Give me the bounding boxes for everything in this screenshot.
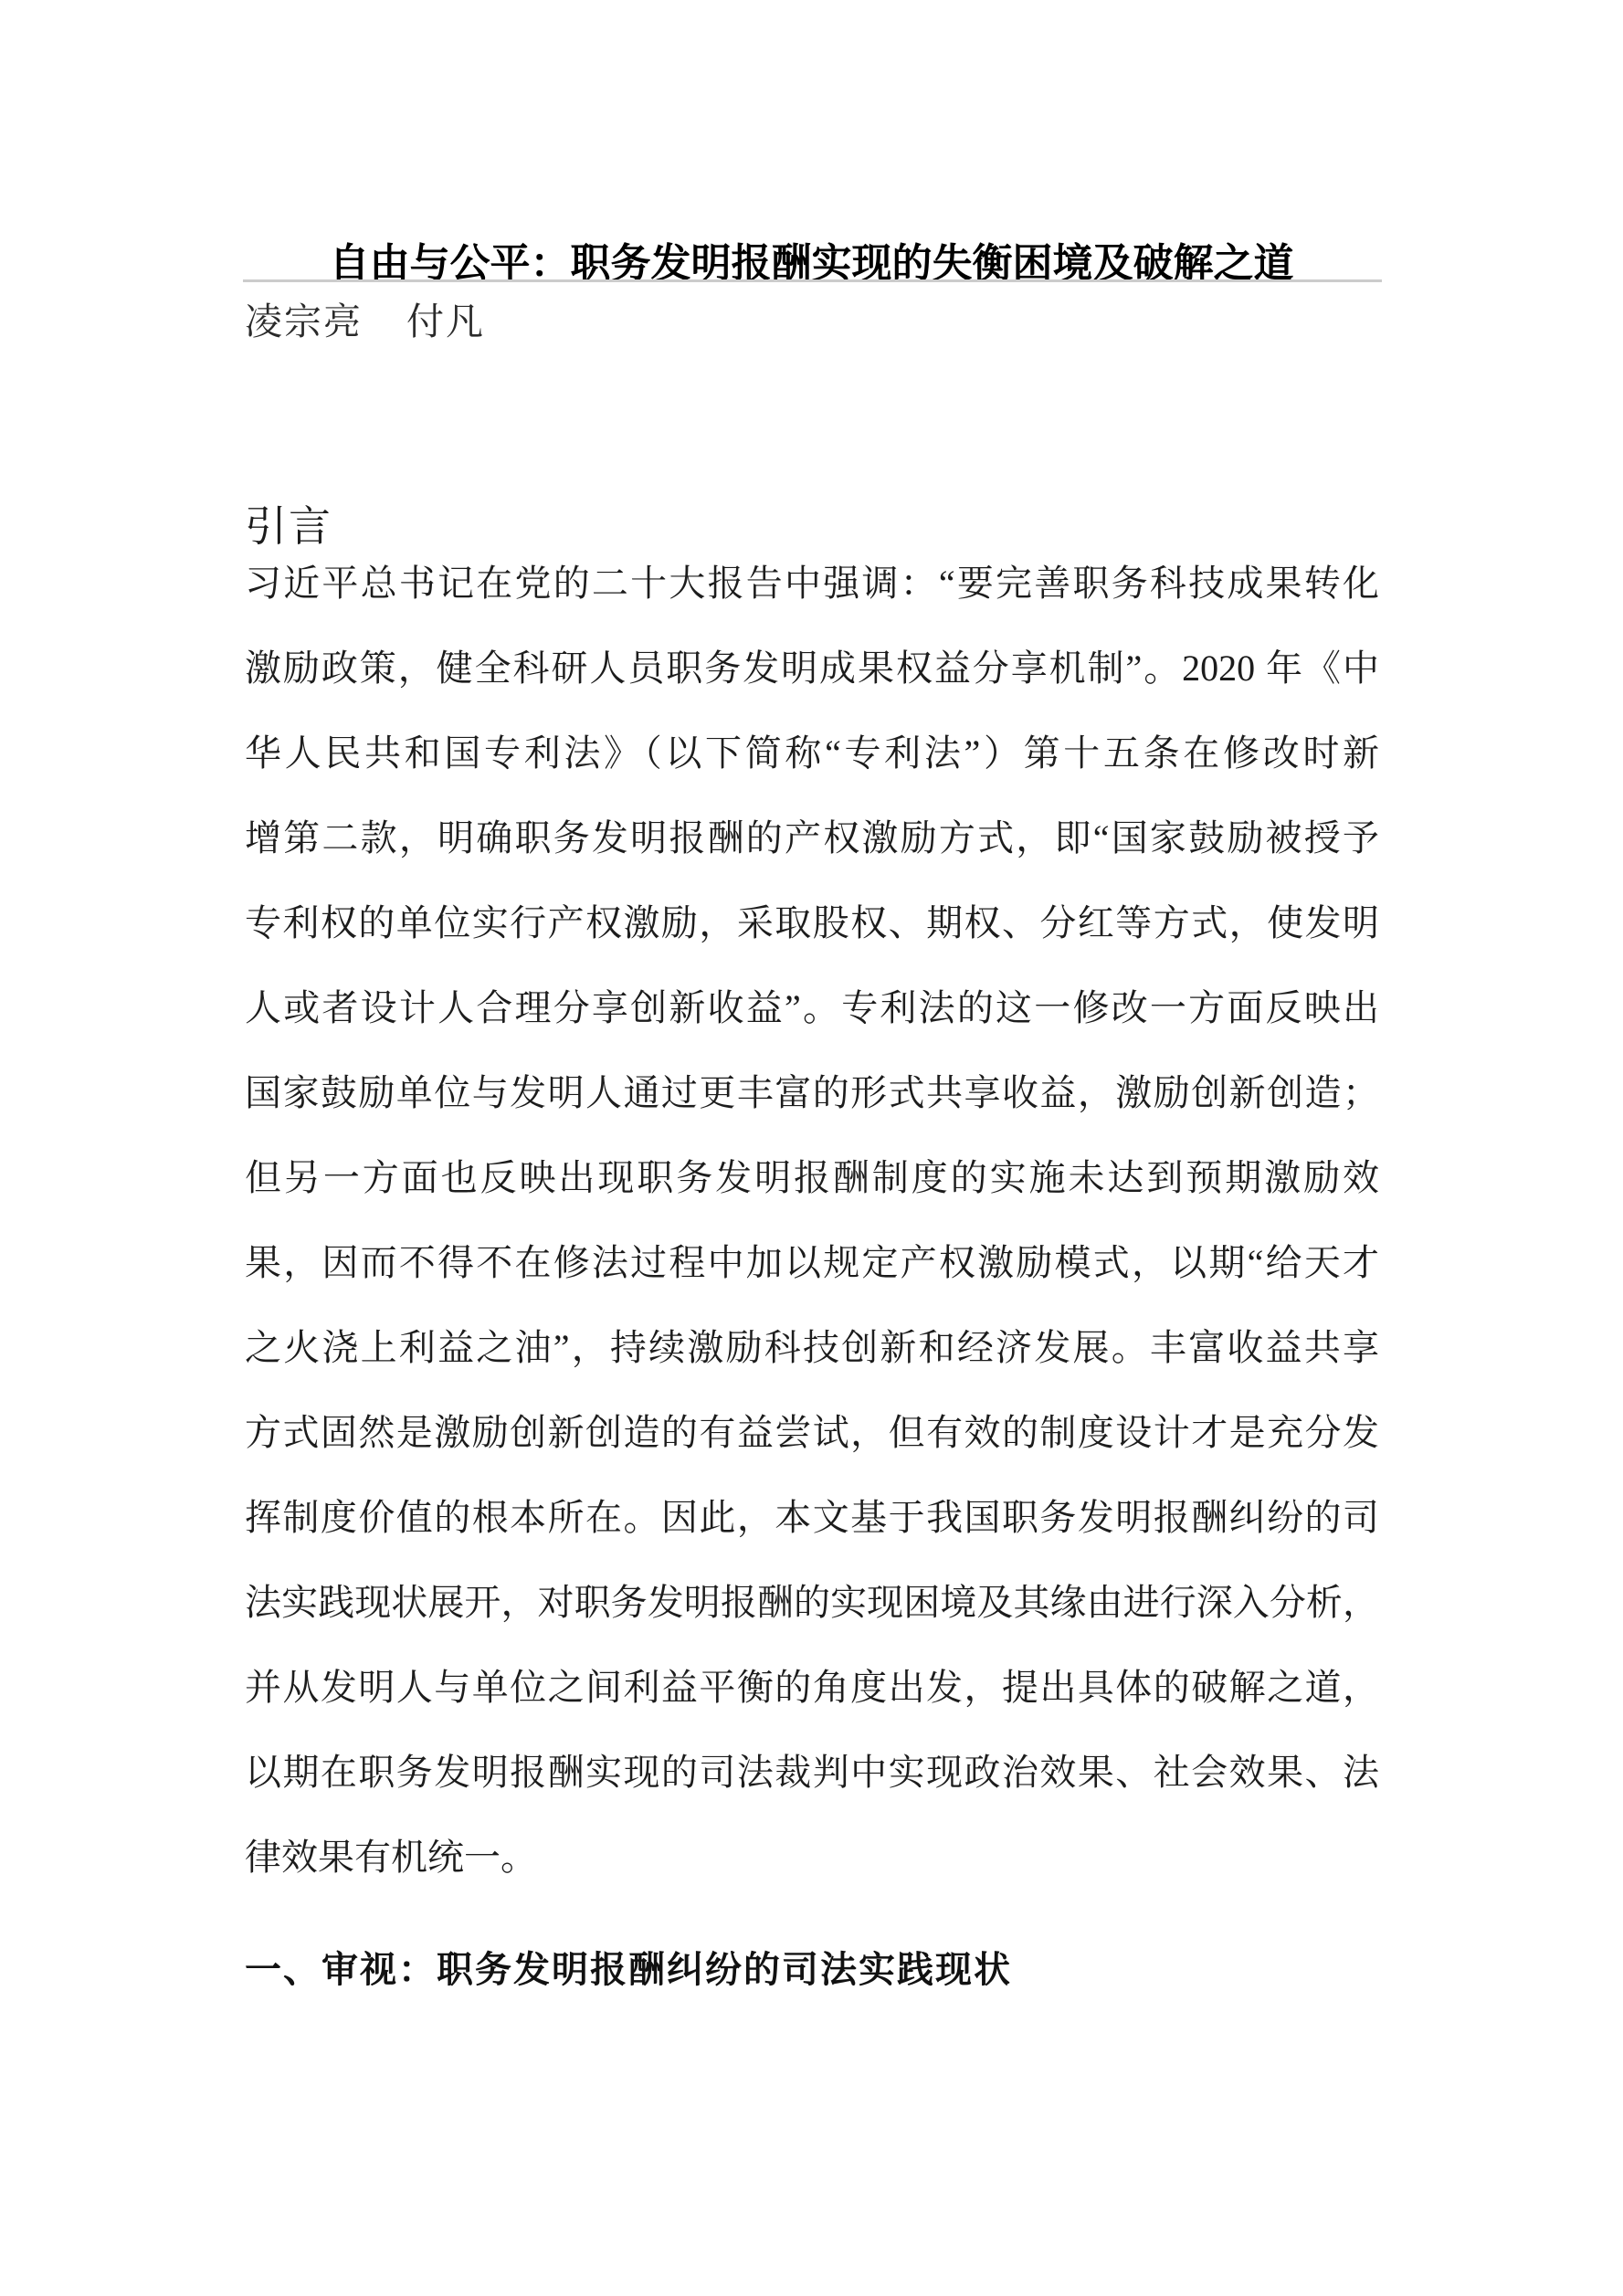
paragraph-line: 专利权的单位实行产权激励，采取股权、期权、分红等方式，使发明 <box>245 880 1379 965</box>
paragraph-line: 激励政策，健全科研人员职务发明成果权益分享机制”。2020 年《中 <box>245 626 1379 711</box>
paragraph-line: 之火浇上利益之油”，持续激励科技创新和经济发展。丰富收益共享 <box>245 1305 1379 1390</box>
paragraph-line: 人或者设计人合理分享创新收益”。专利法的这一修改一方面反映出 <box>245 965 1379 1050</box>
intro-paragraph: 习近平总书记在党的二十大报告中强调：“要完善职务科技成果转化 激励政策，健全科研… <box>245 541 1379 1900</box>
authors-line: 凌宗亮付凡 <box>245 298 485 346</box>
paragraph-line: 增第二款，明确职务发明报酬的产权激励方式，即“国家鼓励被授予 <box>245 795 1379 880</box>
section-one-heading: 一、审视：职务发明报酬纠纷的司法实践现状 <box>245 1946 1012 1994</box>
paragraph-line: 果，因而不得不在修法过程中加以规定产权激励模式，以期“给天才 <box>245 1220 1379 1305</box>
paragraph-line: 国家鼓励单位与发明人通过更丰富的形式共享收益，激励创新创造； <box>245 1050 1379 1135</box>
document-page: 自由与公平：职务发明报酬实现的失衡困境及破解之道 凌宗亮付凡 引言 习近平总书记… <box>0 0 1623 2296</box>
author-name: 凌宗亮 <box>245 300 363 342</box>
paragraph-line: 挥制度价值的根本所在。因此，本文基于我国职务发明报酬纠纷的司 <box>245 1475 1379 1560</box>
title-divider <box>243 279 1382 282</box>
author-name: 付凡 <box>406 300 485 342</box>
paragraph-line: 习近平总书记在党的二十大报告中强调：“要完善职务科技成果转化 <box>245 541 1379 626</box>
paragraph-line: 方式固然是激励创新创造的有益尝试，但有效的制度设计才是充分发 <box>245 1390 1379 1475</box>
paragraph-line: 以期在职务发明报酬实现的司法裁判中实现政治效果、社会效果、法 <box>245 1730 1379 1815</box>
paragraph-line: 并从发明人与单位之间利益平衡的角度出发，提出具体的破解之道， <box>245 1645 1379 1730</box>
paragraph-line: 但另一方面也反映出现职务发明报酬制度的实施未达到预期激励效 <box>245 1135 1379 1220</box>
paragraph-line: 法实践现状展开，对职务发明报酬的实现困境及其缘由进行深入分析， <box>245 1560 1379 1645</box>
paragraph-line: 律效果有机统一。 <box>245 1815 1379 1900</box>
paragraph-line: 华人民共和国专利法》（以下简称“专利法”）第十五条在修改时新 <box>245 711 1379 795</box>
